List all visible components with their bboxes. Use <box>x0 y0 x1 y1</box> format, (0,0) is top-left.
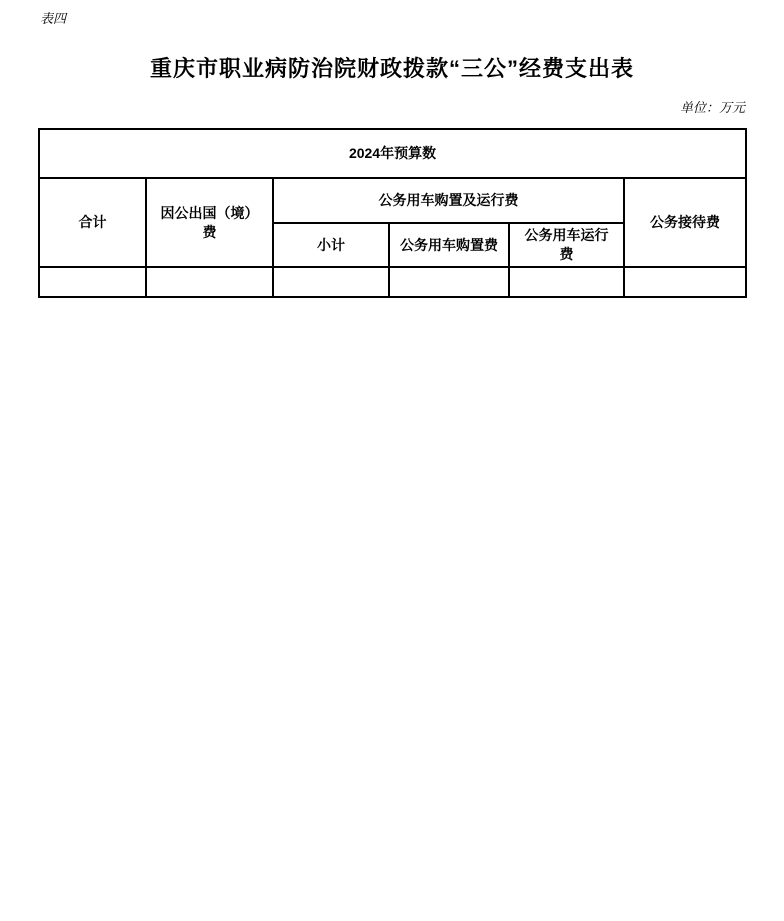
value-vehicle-operation <box>509 267 624 297</box>
unit-note: 单位：万元 <box>680 101 745 117</box>
value-reception-expense <box>624 267 746 297</box>
header-vehicle-subtotal: 小计 <box>273 223 389 267</box>
value-total <box>39 267 146 297</box>
table-row-data <box>39 267 746 297</box>
year-header-cell: 2024年预算数 <box>39 129 746 178</box>
document-page: 表四 重庆市职业病防治院财政拨款“三公”经费支出表 单位：万元 2024年预算数… <box>0 0 784 921</box>
header-abroad-expense: 因公出国（境）费 <box>146 178 273 267</box>
header-reception-expense: 公务接待费 <box>624 178 746 267</box>
header-vehicle-purchase: 公务用车购置费 <box>389 223 509 267</box>
header-vehicle-operation: 公务用车运行费 <box>509 223 624 267</box>
three-public-expense-table: 2024年预算数 合计 因公出国（境）费 公务用车购置及运行费 公务接待费 小计… <box>38 128 747 298</box>
value-vehicle-purchase <box>389 267 509 297</box>
header-total: 合计 <box>39 178 146 267</box>
sheet-label: 表四 <box>40 12 66 28</box>
table-row-header-group: 合计 因公出国（境）费 公务用车购置及运行费 公务接待费 <box>39 178 746 223</box>
value-vehicle-subtotal <box>273 267 389 297</box>
page-title: 重庆市职业病防治院财政拨款“三公”经费支出表 <box>0 55 784 83</box>
header-vehicle-group: 公务用车购置及运行费 <box>273 178 624 223</box>
value-abroad-expense <box>146 267 273 297</box>
table-row-year-header: 2024年预算数 <box>39 129 746 178</box>
